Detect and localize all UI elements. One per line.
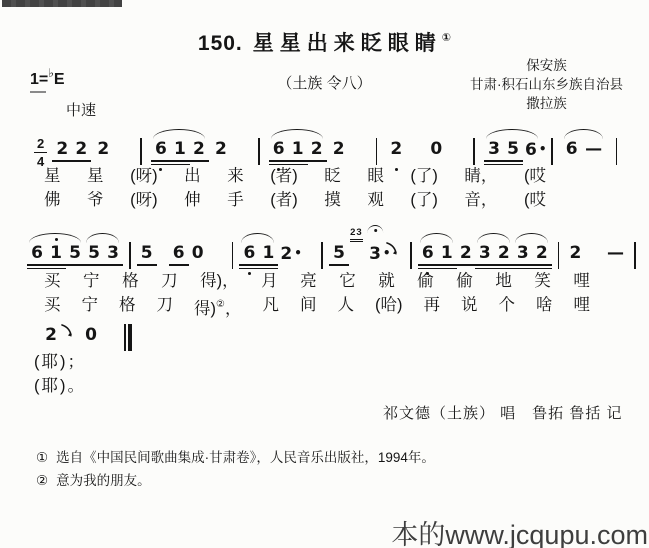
note-digit: 2 [535, 244, 549, 262]
beam-line [65, 264, 85, 266]
page-edge-artifact [2, 0, 122, 7]
beam-line [137, 264, 157, 266]
lyric-syllable: 哩 [573, 271, 590, 291]
lyric-syllable: 得)②， [194, 295, 241, 319]
lyric-syllable: 买 [44, 271, 61, 291]
lyric-syllable: (了) [410, 190, 438, 210]
lyric-syllable: 宁 [83, 271, 100, 291]
lyric-syllable: 偷 [456, 271, 473, 291]
beam-line [239, 264, 259, 266]
lyric-syllable: (者) [270, 166, 298, 186]
barline [558, 242, 560, 269]
note-digit: 6 [272, 140, 286, 158]
lyric-syllable: 亮 [300, 271, 317, 291]
footnote-1-mark: ① [36, 450, 48, 465]
note-digit: 5 [140, 244, 154, 262]
beam-line [288, 164, 308, 166]
note-digit: 2 [214, 140, 228, 158]
beam-line [269, 164, 289, 166]
augmentation-dot: • [294, 246, 302, 260]
lyric-syllable: 宁 [82, 295, 99, 319]
beam-line [84, 264, 104, 266]
note-6: 6 [30, 232, 44, 278]
barline [634, 242, 636, 269]
beam-line [239, 268, 259, 270]
beam-line [258, 268, 278, 270]
lyrics-row-3: 买宁格刀得)，月亮它就偷偷地笑哩 [44, 271, 590, 291]
note-digit: 2 [310, 140, 324, 158]
note-digit: 2 [96, 140, 110, 158]
origin-line-3: 撒拉族 [470, 94, 623, 113]
note-digit: 3 [516, 244, 530, 262]
beam-line [103, 264, 123, 266]
lyric-syllable: (哎 [524, 166, 546, 186]
beam-line [503, 164, 523, 166]
note-digit: 5 [332, 244, 346, 262]
lyric-syllable: 观 [367, 190, 384, 210]
note-digit: 2 [389, 140, 403, 158]
beam-line [288, 160, 308, 162]
time-signature: 24 [34, 137, 47, 168]
beam-line [418, 264, 438, 266]
note-digit: 6 [30, 244, 44, 262]
lyric-syllable: 月 [261, 271, 278, 291]
augmentation-dot: • [539, 142, 547, 156]
lyric-syllable: 刀 [157, 295, 174, 319]
note-digit: 1 [49, 244, 63, 262]
lyric-syllable: 伸 [184, 190, 201, 210]
lyric-syllable: (了) [410, 166, 438, 186]
beam-line [27, 264, 47, 266]
beam-line [71, 160, 91, 162]
lyric-syllable: 格 [119, 295, 136, 319]
barline [232, 242, 234, 269]
note-digit: 5 [68, 244, 82, 262]
lyric-syllable: 说 [461, 295, 478, 319]
lyric-syllable: 个 [498, 295, 515, 319]
barline [616, 138, 618, 165]
note-digit: 2 [74, 140, 88, 158]
lyrics-row-2: 佛爷(呀)伸手(者)摸观(了)音，(哎 [44, 190, 546, 210]
grace-notes: 23 [350, 227, 363, 242]
note-digit: 1 [440, 244, 454, 262]
beam-line [52, 160, 72, 162]
beam-line [513, 268, 533, 270]
lyric-syllable: 笑 [534, 271, 551, 291]
beam-line [532, 268, 552, 270]
beam-line [494, 268, 514, 270]
note-digit: 2• [280, 244, 294, 263]
beam-line [307, 160, 327, 162]
note-digit: 3• [369, 244, 383, 263]
lyric-syllable: 眼 [367, 166, 384, 186]
lyric-syllable: 来 [227, 166, 244, 186]
beam-line [189, 160, 209, 162]
note-digit: 2 [568, 244, 582, 262]
tempo-marking: 中速 [66, 99, 96, 120]
final-barline-thin [124, 324, 126, 351]
lyric-syllable: 格 [122, 271, 139, 291]
song-title: 150.星星出来眨眼睛① [0, 27, 649, 57]
beam-line [418, 268, 438, 270]
lyric-syllable: 佛 [44, 190, 61, 210]
lyric-syllable: 眨 [324, 166, 341, 186]
lyric-syllable: 地 [495, 271, 512, 291]
beam-line [170, 164, 190, 166]
note-digit: 2 [192, 140, 206, 158]
barline [258, 138, 260, 165]
note-digit: 6 [154, 140, 168, 158]
lyric-syllable: 星 [44, 166, 61, 186]
slide-down-icon [384, 241, 400, 257]
high-octave-dot [55, 238, 58, 241]
note-digit: 2 [332, 140, 346, 158]
lyric-syllable: (呀) [130, 166, 158, 186]
lyric-syllable: 偷 [417, 271, 434, 291]
time-numerator: 2 [34, 137, 47, 153]
barline [321, 242, 323, 269]
lyrics-tail-1: (耶)； [34, 348, 86, 372]
lyric-syllable: 它 [339, 271, 356, 291]
beam-line [475, 264, 495, 266]
lyric-syllable: 哩 [573, 295, 590, 319]
final-barline-thick [128, 324, 132, 351]
beam-line [151, 164, 171, 166]
lyric-syllable: (哈) [375, 295, 403, 319]
lyric-syllable: 刀 [161, 271, 178, 291]
beam-line [437, 264, 457, 266]
note-digit: — [584, 140, 604, 158]
note-digit: 2 [55, 140, 69, 158]
beam-line [503, 160, 523, 162]
note-dash: — [605, 232, 625, 278]
note-digit: 3 [487, 140, 501, 158]
footnote-1: ①选自《中国民间歌曲集成·甘肃卷》，人民音乐出版社，1994年。 [36, 446, 435, 466]
barline [473, 138, 475, 165]
footnote-1-text: 选自《中国民间歌曲集成·甘肃卷》，人民音乐出版社，1994年。 [56, 450, 435, 465]
barline [129, 242, 131, 269]
beam-line [170, 160, 190, 162]
beam-line [513, 264, 533, 266]
lyric-syllable: (者) [270, 190, 298, 210]
lyric-syllable: 啥 [536, 295, 553, 319]
rest-note: 0 [84, 314, 98, 360]
beam-line [46, 264, 66, 266]
beam-line [27, 268, 47, 270]
barline [140, 138, 142, 165]
lyric-syllable: 得)， [200, 271, 239, 291]
lyrics-tail-2: (耶)。 [34, 372, 86, 396]
note-digit: 1 [261, 244, 275, 262]
barline [376, 138, 378, 165]
note-digit: 0 [84, 326, 98, 344]
site-watermark: 本的www.jcqupu.com [391, 513, 648, 548]
final-barline [124, 324, 132, 351]
lyric-syllable: 买 [44, 295, 61, 319]
beam-line [532, 264, 552, 266]
beam-line [169, 264, 189, 266]
lyric-syllable: 再 [423, 295, 440, 319]
beam-line [437, 268, 457, 270]
note-digit: 3 [478, 244, 492, 262]
note-digit: 1 [291, 140, 305, 158]
barline [410, 242, 412, 269]
title-footnote-mark: ① [442, 32, 451, 44]
lyric-syllable: 人 [337, 295, 354, 319]
lyrics-row-1: 星星(呀)出来(者)眨眼(了)睛，(哎 [44, 166, 546, 186]
lyric-syllable: 睛， [464, 166, 497, 186]
slide-down-icon [59, 323, 75, 339]
note-digit: — [605, 244, 625, 262]
beam-line [258, 264, 278, 266]
footnote-2-mark: ② [36, 473, 48, 488]
lyric-syllable: 星 [87, 166, 104, 186]
origin-block: 保安族 甘肃·积石山东乡族自治县 撒拉族 [470, 56, 623, 113]
lyric-syllable: 就 [378, 271, 395, 291]
note-digit: 2 [459, 244, 473, 262]
note-digit: 6 [172, 244, 186, 262]
lyric-syllable: (哎 [524, 190, 546, 210]
note-digit: 3 [106, 244, 120, 262]
lyric-footnote-mark: ② [216, 299, 225, 310]
origin-line-1: 保安族 [470, 56, 623, 75]
song-title-text: 星星出来眨眼睛 [253, 32, 442, 55]
lyric-syllable: 爷 [87, 190, 104, 210]
note-digit: 6• [525, 140, 539, 159]
beam-line [494, 264, 514, 266]
note-digit: 5 [506, 140, 520, 158]
lyric-syllable: 出 [184, 166, 201, 186]
beam-line [46, 268, 66, 270]
beam-line [475, 268, 495, 270]
note-digit: 2 [497, 244, 511, 262]
note-digit: 2 [44, 326, 58, 344]
beam-line [269, 160, 289, 162]
origin-line-2: 甘肃·积石山东乡族自治县 [470, 75, 623, 94]
lyrics-row-4: 买宁格刀得)②，凡间人(哈)再说个啥哩 [44, 295, 590, 319]
note-dash: — [584, 128, 604, 174]
song-number: 150. [198, 32, 243, 55]
lyric-syllable: 音， [464, 190, 497, 210]
credits-line: 祁文德（土族） 唱 鲁拓 鲁括 记 [383, 402, 623, 423]
beam-line [329, 264, 349, 266]
lyric-syllable: 手 [227, 190, 244, 210]
note-digit: 1 [173, 140, 187, 158]
note-digit: 0 [429, 140, 443, 158]
note-digit: 6 [421, 244, 435, 262]
note-digit: 6 [565, 140, 579, 158]
fermata-icon [367, 225, 383, 233]
lyric-syllable: (呀) [130, 190, 158, 210]
footnote-2-text: 意为我的朋友。 [56, 473, 151, 488]
beam-line [456, 264, 476, 266]
beam-line [484, 160, 504, 162]
lyric-syllable: 摸 [324, 190, 341, 210]
barline [551, 138, 553, 165]
note-6: 6 [565, 128, 579, 174]
note-group: 6— [565, 128, 604, 174]
note-digit: 0 [191, 244, 205, 262]
note-digit: 6 [242, 244, 256, 262]
lyric-syllable: 间 [300, 295, 317, 319]
beam-line [151, 160, 171, 162]
lyric-syllable: 凡 [262, 295, 279, 319]
note-digit: 5 [87, 244, 101, 262]
footnote-2: ②意为我的朋友。 [36, 469, 151, 489]
beam-line [484, 164, 504, 166]
